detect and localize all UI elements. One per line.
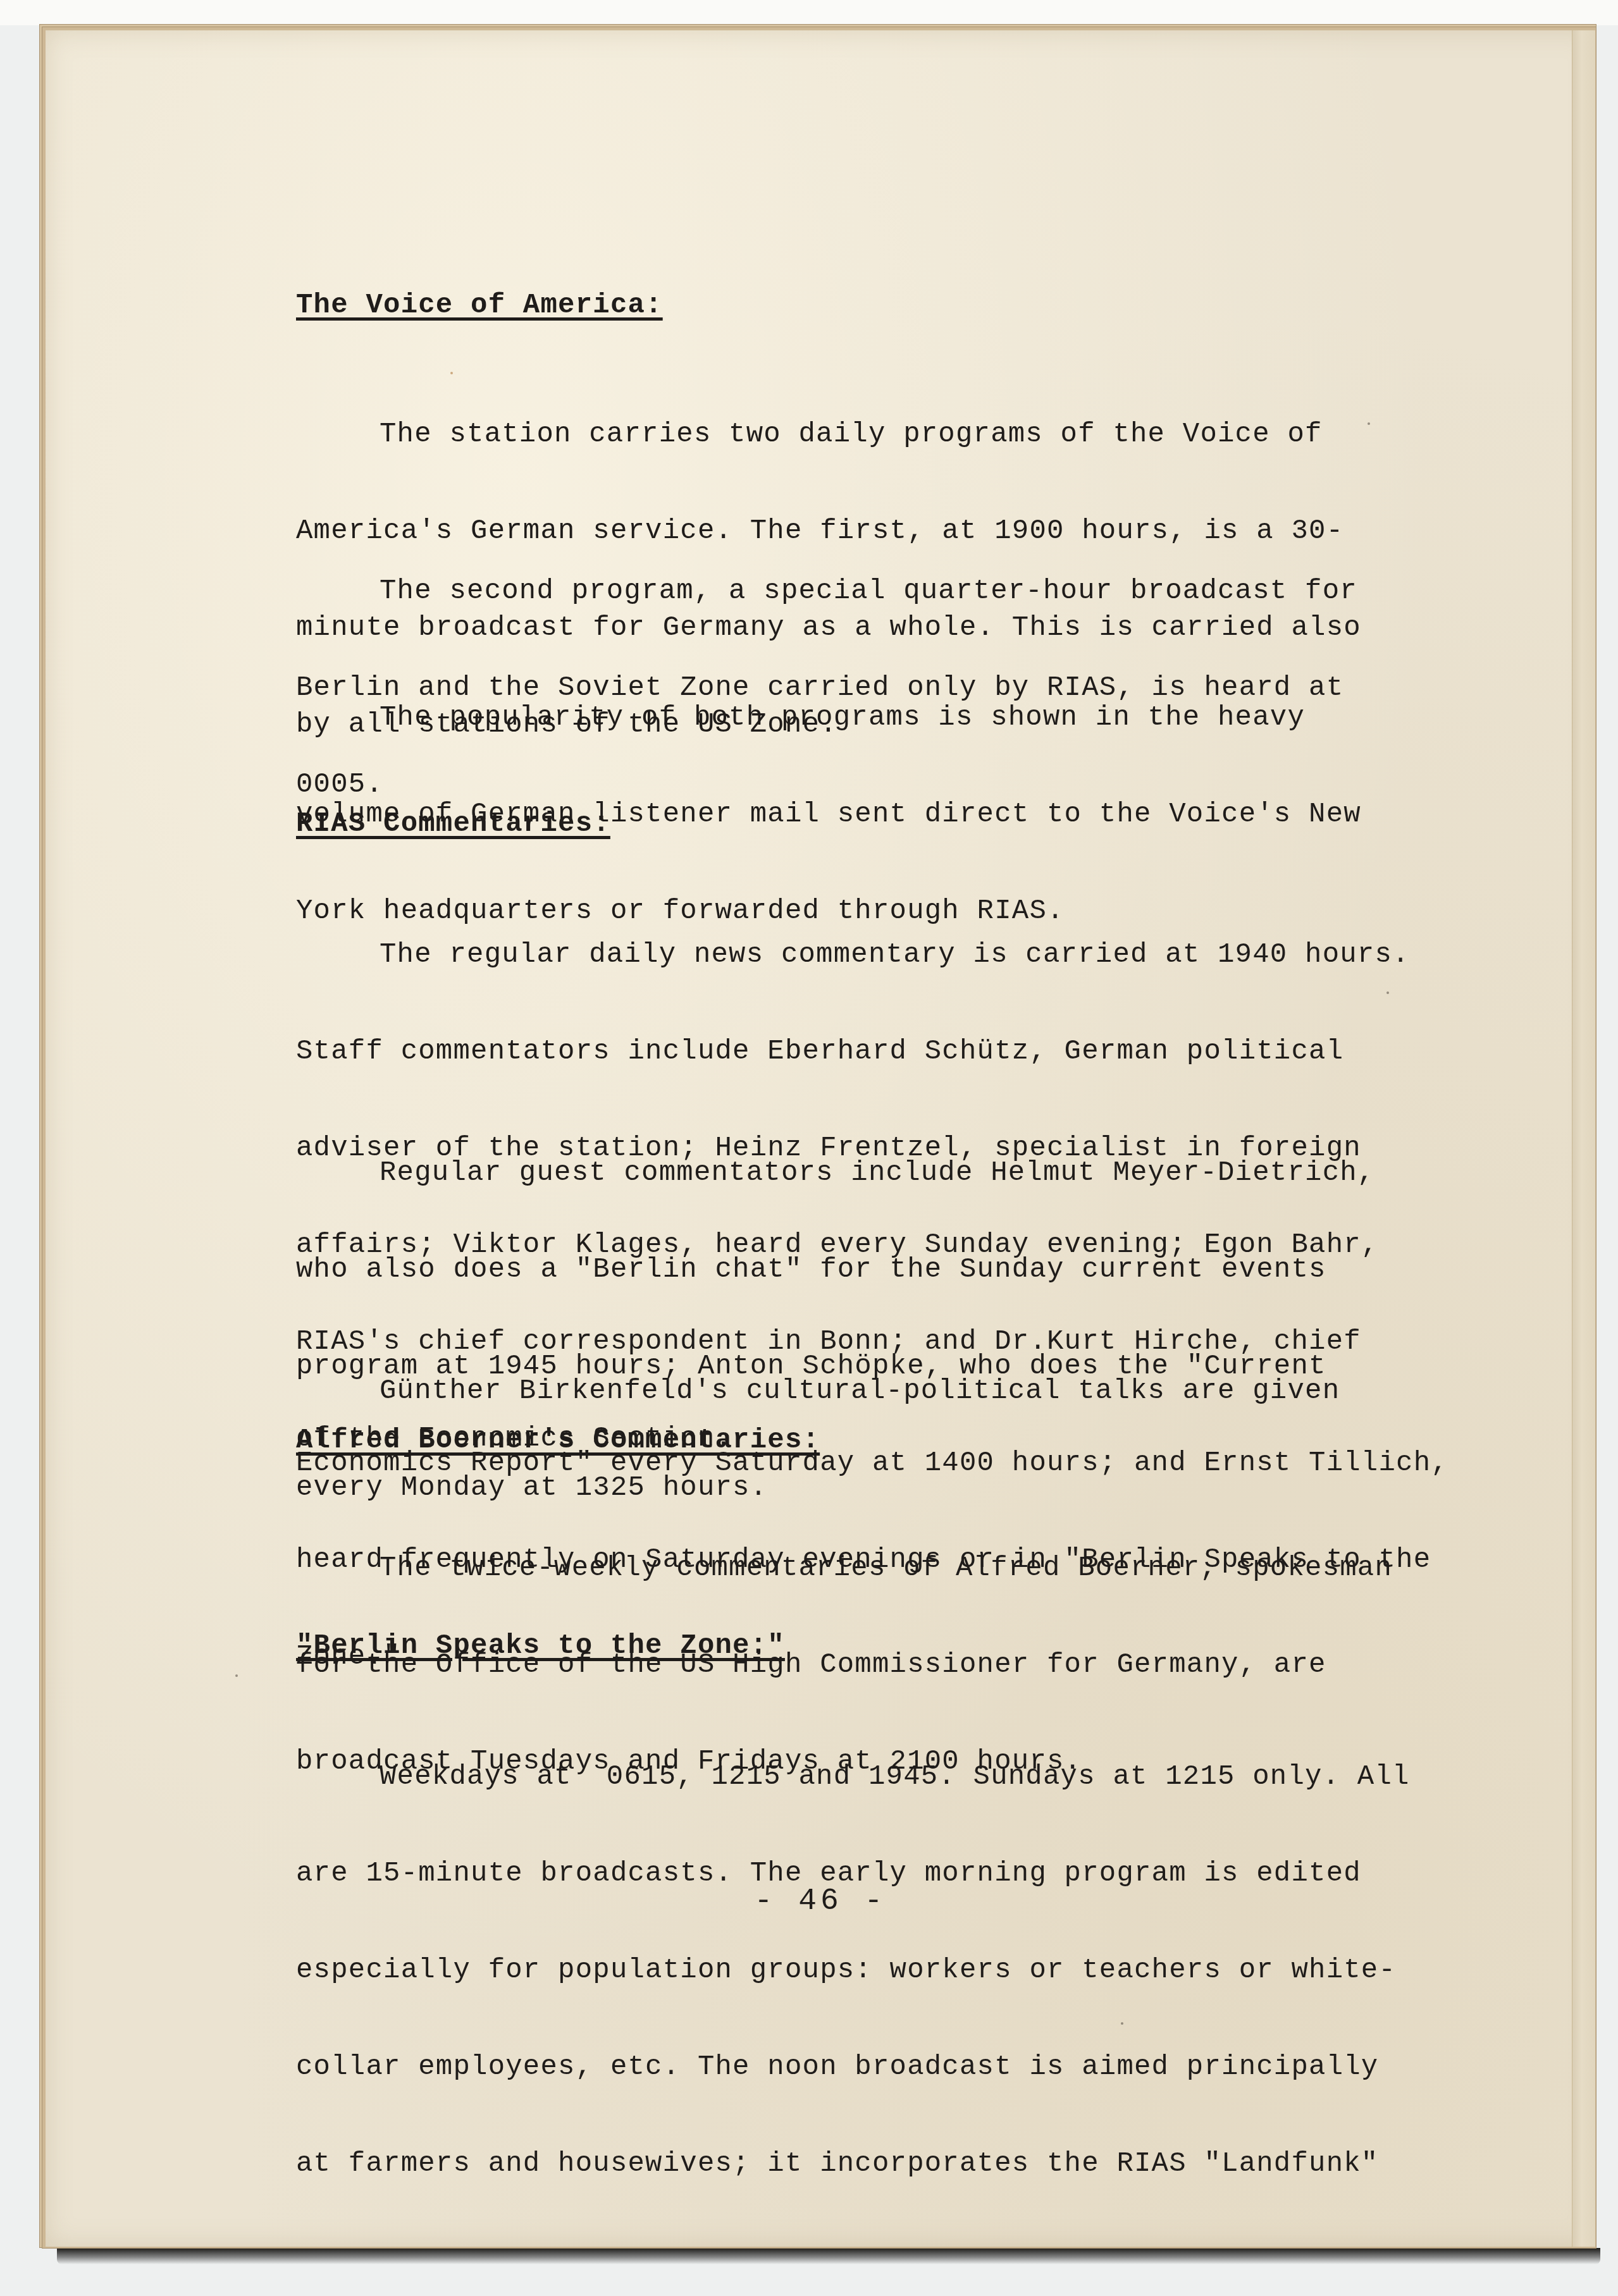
section-heading: "Berlin Speaks to the Zone:" xyxy=(296,1630,785,1662)
text-line: The station carries two daily programs o… xyxy=(296,419,1361,451)
section-heading: RIAS Commentaries: xyxy=(296,808,610,840)
text-line: The popularity of both programs is shown… xyxy=(296,702,1361,734)
text-line: Staff commentators include Eberhard Schü… xyxy=(296,1036,1410,1068)
paragraph: Weekdays at 0615, 1215 and 1945. Sundays… xyxy=(296,1697,1410,2245)
section-heading: The Voice of America: xyxy=(296,290,663,322)
section-alfred-boerner: Alfred Boerner's Commentaries: xyxy=(296,1425,820,1457)
section-rias-commentaries: RIAS Commentaries: xyxy=(296,808,610,840)
document-page: The Voice of America: The station carrie… xyxy=(46,29,1595,2247)
text-line: Weekdays at 0615, 1215 and 1945. Sundays… xyxy=(296,1761,1410,1793)
text-line: Regular guest commentators include Helmu… xyxy=(296,1157,1448,1189)
text-line: Günther Birkenfeld's cultural-political … xyxy=(296,1375,1340,1408)
text-line: at farmers and housewives; it incorporat… xyxy=(296,2148,1410,2180)
page-number: - 46 - xyxy=(46,1884,1595,1918)
paper-speck xyxy=(1121,2022,1123,2025)
paper-speck xyxy=(450,372,453,374)
section-berlin-speaks: "Berlin Speaks to the Zone:" xyxy=(296,1630,785,1662)
text-line: collar employees, etc. The noon broadcas… xyxy=(296,2051,1410,2084)
page-shadow xyxy=(57,2248,1600,2264)
text-line: The second program, a special quarter-ho… xyxy=(296,575,1357,608)
paper-speck xyxy=(235,1674,238,1677)
text-line: especially for population groups: worker… xyxy=(296,1955,1410,1987)
text-line: who also does a "Berlin chat" for the Su… xyxy=(296,1254,1448,1286)
text-line: The twice-weekly commentaries of Alfred … xyxy=(296,1552,1392,1585)
text-line: The regular daily news commentary is car… xyxy=(296,939,1410,971)
section-heading: Alfred Boerner's Commentaries: xyxy=(296,1425,820,1457)
scanner-background xyxy=(0,0,1618,25)
paper-speck xyxy=(1368,422,1370,425)
paper-speck xyxy=(1386,991,1389,994)
section-voice-of-america: The Voice of America: xyxy=(296,290,663,322)
